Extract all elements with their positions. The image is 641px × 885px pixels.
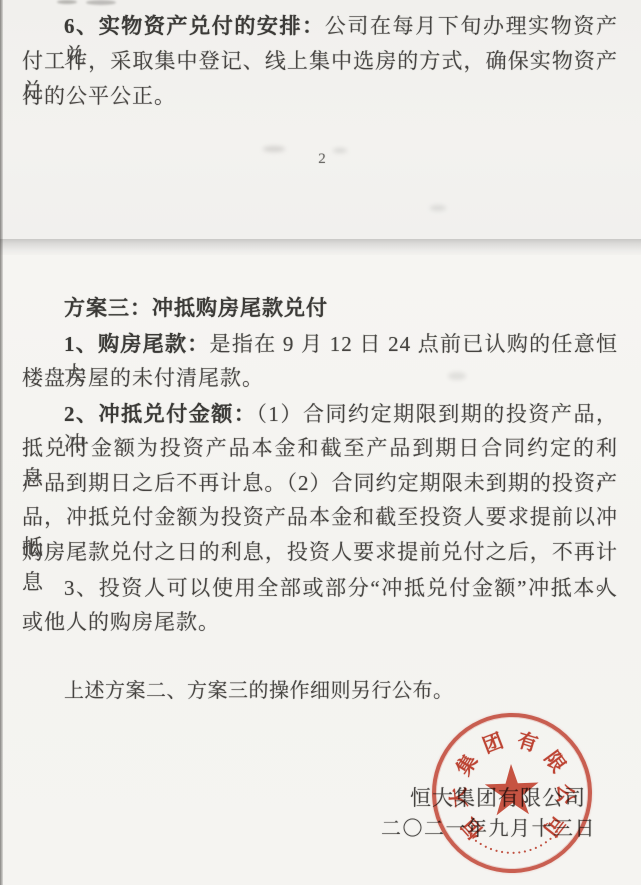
page-2: 方案三：冲抵购房尾款兑付 1、购房尾款：是指在 9 月 12 日 24 点前已认… (0, 255, 641, 885)
seal-microtext-dot: • (517, 848, 521, 857)
paragraph-2-line-3: 产品到期日之后不再计息。（2）合同约定期限未到期的投资产 (22, 468, 618, 498)
scan-edge-shadow (0, 0, 3, 885)
company-seal-stamp: 恒 大 集 团 有 限 公 司 • • • • • • • • • • • • … (429, 710, 594, 875)
seal-microtext-dot: • (500, 848, 504, 857)
paragraph-2-line-2: 抵兑付金额为投资产品本金和截至产品到期日合同约定的利息， (22, 433, 618, 463)
paragraph-6-line-1: 6、实物资产兑付的安排：公司在每月下旬办理实物资产兑 (64, 11, 618, 41)
seal-microtext-dot: • (494, 846, 499, 855)
cutoff-text-remnant (57, 0, 77, 4)
page-number: 2 (300, 151, 344, 168)
paragraph-3-line-1: 3、投资人可以使用全部或部分“冲抵兑付金额”冲抵本人 (64, 573, 618, 603)
seal-ring-char: 团 (478, 725, 507, 759)
paragraph-6-line-3: 付的公平公正。 (22, 81, 176, 111)
scan-smudge (448, 372, 466, 380)
seal-ring-char: 大 (442, 787, 473, 809)
paragraph-1-line-2: 楼盘房屋的未付清尾款。 (22, 363, 264, 393)
page-gap-divider (0, 239, 641, 255)
seal-microtext-dot: • (528, 845, 533, 854)
page-1: 6、实物资产兑付的安排：公司在每月下旬办理实物资产兑 付工作，采取集中登记、线上… (0, 0, 641, 239)
paragraph-6-label: 6、实物资产兑付的安排： (64, 14, 325, 38)
seal-microtext-dot: • (512, 848, 515, 857)
paragraph-3-line-2: 或他人的购房尾款。 (22, 607, 220, 637)
section-heading: 方案三：冲抵购房尾款兑付 (64, 293, 328, 323)
seal-microtext-dot: • (523, 847, 528, 856)
paragraph-1-line-1: 1、购房尾款：是指在 9 月 12 日 24 点前已认购的任意恒大 (64, 329, 618, 359)
document-scan: 6、实物资产兑付的安排：公司在每月下旬办理实物资产兑 付工作，采取集中登记、线上… (0, 0, 641, 885)
scan-smudge (430, 205, 446, 211)
seal-ring-char: 集 (448, 748, 483, 780)
paragraph-2-line-1: 2、冲抵兑付金额：（1）合同约定期限到期的投资产品，冲 (64, 399, 618, 429)
paragraph-6-line-2: 付工作，采取集中登记、线上集中选房的方式，确保实物资产兑 (22, 46, 618, 76)
seal-microtext-dot: • (488, 844, 494, 853)
paragraph-2-label: 2、冲抵兑付金额： (64, 402, 256, 426)
star-icon (483, 763, 541, 821)
scan-smudge (263, 146, 285, 152)
cutoff-text-remnant (86, 0, 116, 5)
paragraph-1-label: 1、购房尾款： (64, 332, 210, 356)
paragraph-2-line-4: 品，冲抵兑付金额为投资产品本金和截至投资人要求提前以冲抵 (22, 502, 618, 532)
seal-ring-char: 有 (514, 724, 542, 758)
seal-microtext-dot: • (506, 848, 509, 857)
closing-remark: 上述方案二、方案三的操作细则另行公布。 (64, 676, 454, 706)
seal-ring-char: 限 (539, 744, 574, 777)
paragraph-2-line-5: 购房尾款兑付之日的利息，投资人要求提前兑付之后，不再计息。 (22, 537, 618, 567)
seal-ring-char: 公 (552, 784, 581, 805)
